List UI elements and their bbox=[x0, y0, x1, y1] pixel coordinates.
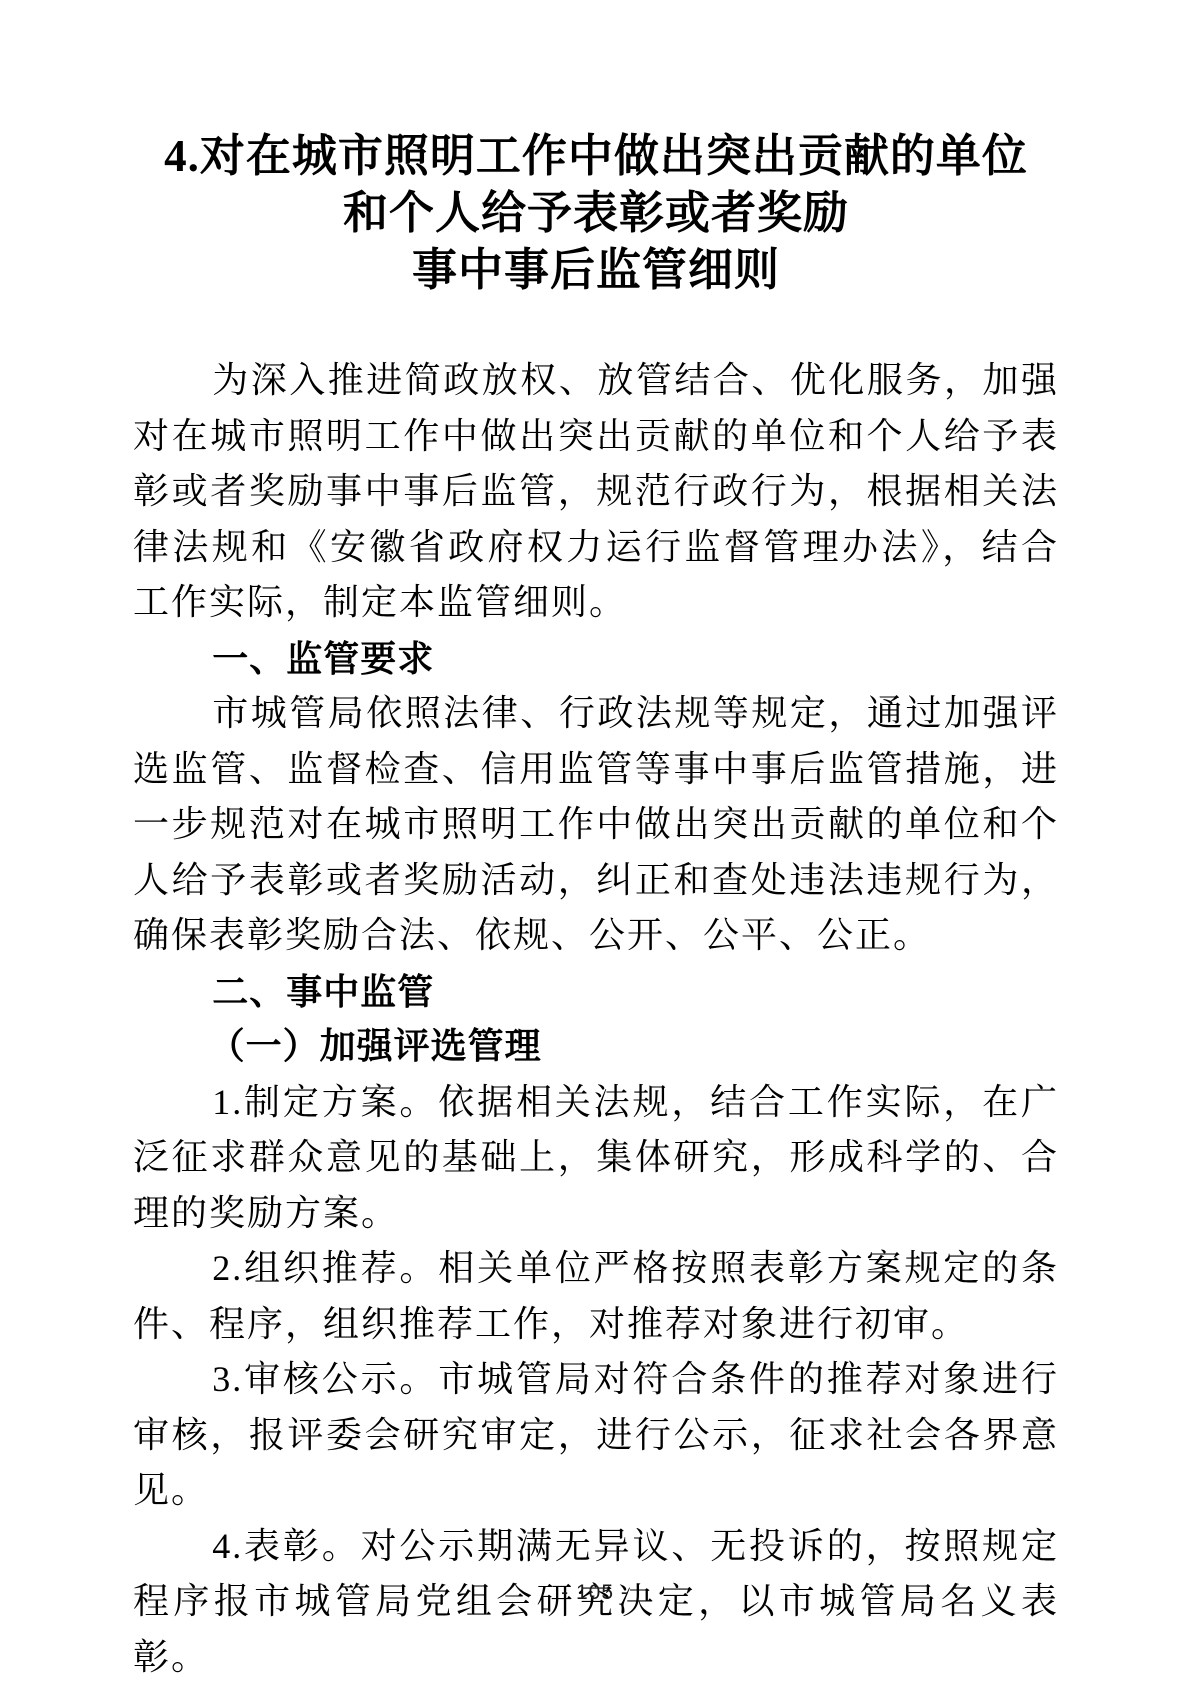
title-line-3: 事中事后监管细则 bbox=[133, 242, 1059, 299]
title-line-1: 4.对在城市照明工作中做出突出贡献的单位 bbox=[133, 128, 1059, 185]
document-content: 4.对在城市照明工作中做出突出贡献的单位 和个人给予表彰或者奖励 事中事后监管细… bbox=[133, 0, 1059, 1683]
section-heading: 一、监管要求 bbox=[133, 631, 1059, 687]
sub-heading: （一）加强评选管理 bbox=[133, 1019, 1059, 1075]
body-paragraph: 2.组织推荐。相关单位严格按照表彰方案规定的条件、程序，组织推荐工作，对推荐对象… bbox=[133, 1241, 1059, 1352]
page-number: - 105 - bbox=[561, 1581, 629, 1604]
body-paragraph: 3.审核公示。市城管局对符合条件的推荐对象进行审核，报评委会研究审定，进行公示，… bbox=[133, 1352, 1059, 1519]
page-footer: - 105 - bbox=[0, 1581, 1190, 1605]
section-heading: 二、事中监管 bbox=[133, 964, 1059, 1020]
body-paragraph: 市城管局依照法律、行政法规等规定，通过加强评选监管、监督检查、信用监管等事中事后… bbox=[133, 686, 1059, 964]
document-title: 4.对在城市照明工作中做出突出贡献的单位 和个人给予表彰或者奖励 事中事后监管细… bbox=[133, 128, 1059, 299]
title-line-2: 和个人给予表彰或者奖励 bbox=[133, 185, 1059, 242]
document-body: 为深入推进简政放权、放管结合、优化服务，加强对在城市照明工作中做出突出贡献的单位… bbox=[133, 353, 1059, 1683]
body-paragraph: 1.制定方案。依据相关法规，结合工作实际，在广泛征求群众意见的基础上，集体研究，… bbox=[133, 1075, 1059, 1242]
body-paragraph: 为深入推进简政放权、放管结合、优化服务，加强对在城市照明工作中做出突出贡献的单位… bbox=[133, 353, 1059, 631]
document-page: 4.对在城市照明工作中做出突出贡献的单位 和个人给予表彰或者奖励 事中事后监管细… bbox=[0, 0, 1190, 1683]
